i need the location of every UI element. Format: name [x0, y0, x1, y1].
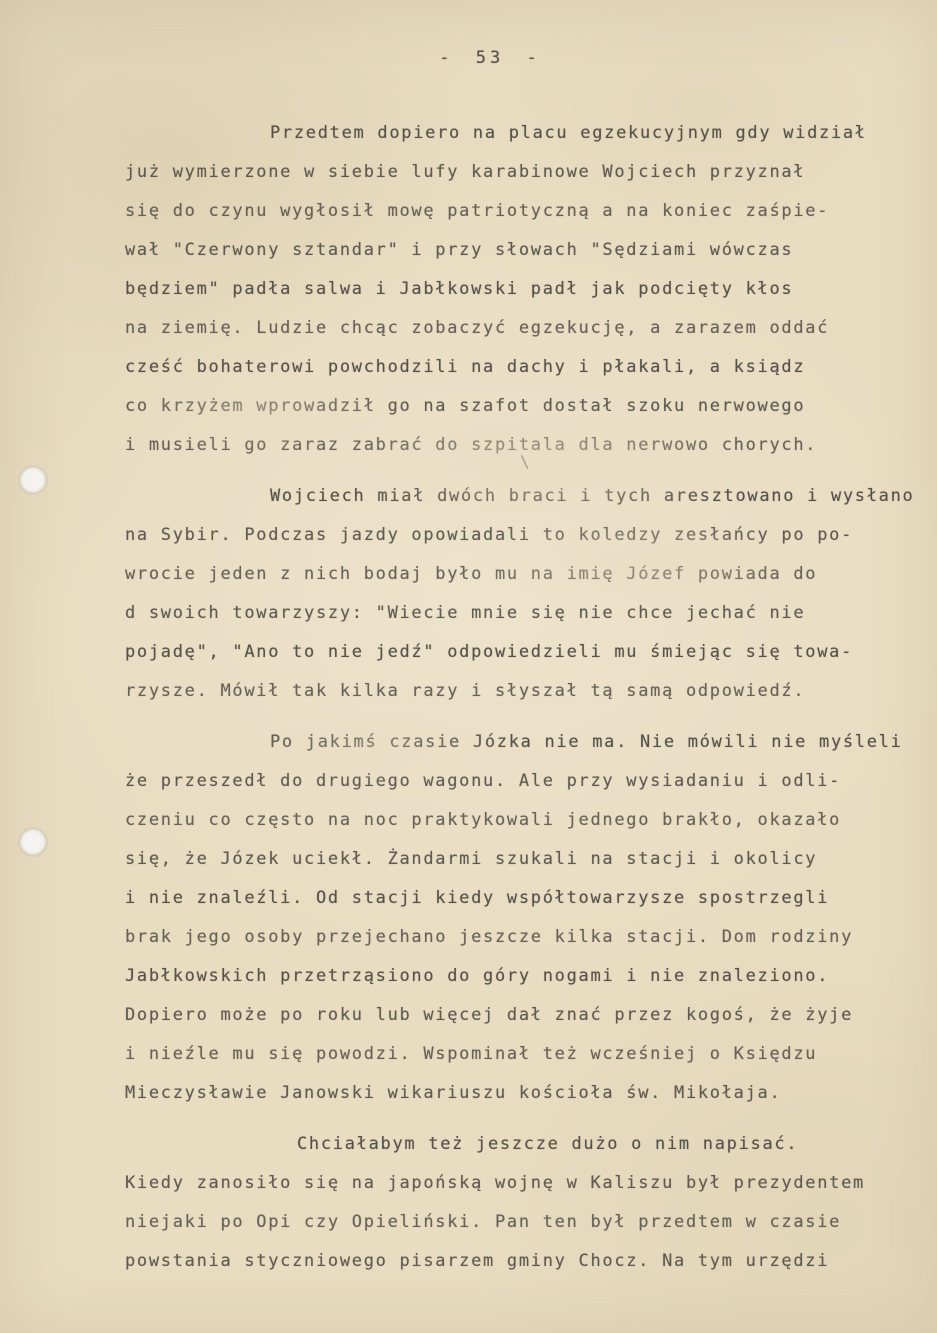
punch-hole-bottom — [20, 829, 46, 855]
text-line: wał "Czerwony sztandar" i przy słowach "… — [125, 231, 877, 270]
text-line: i nie znaleźli. Od stacji kiedy współtow… — [125, 879, 877, 918]
paragraph: Chciałabym też jeszcze dużo o nim napisa… — [125, 1125, 877, 1281]
text-line: będziem" padła salwa i Jabłkowski padł j… — [125, 270, 877, 309]
text-line: już wymierzone w siebie lufy karabinowe … — [125, 153, 877, 192]
text-line: rzysze. Mówił tak kilka razy i słyszał t… — [125, 672, 877, 711]
text-line: Kiedy zanosiło się na japońską wojnę w K… — [125, 1164, 877, 1203]
text-line: Chciałabym też jeszcze dużo o nim napisa… — [125, 1125, 877, 1164]
text-line: Jabłkowskich przetrząsiono do góry nogam… — [125, 957, 877, 996]
text-line: brak jego osoby przejechano jeszcze kilk… — [125, 918, 877, 957]
text-line: i musieli go zaraz zabrać do szpitala dl… — [125, 426, 877, 465]
document-page: - 53 - \ Przedtem dopiero na placu egzek… — [0, 0, 937, 1333]
document-body: Przedtem dopiero na placu egzekucyjnym g… — [125, 114, 877, 1281]
text-line: cześć bohaterowi powchodzili na dachy i … — [125, 348, 877, 387]
text-line: się do czynu wygłosił mowę patriotyczną … — [125, 192, 877, 231]
text-line: Wojciech miał dwóch braci i tych areszto… — [125, 477, 877, 516]
text-line: wrocie jeden z nich bodaj było mu na imi… — [125, 555, 877, 594]
text-line: Przedtem dopiero na placu egzekucyjnym g… — [125, 114, 877, 153]
text-line: się, że Józek uciekł. Żandarmi szukali n… — [125, 840, 877, 879]
text-line: pojadę", "Ano to nie jedź" odpowiedzieli… — [125, 633, 877, 672]
paragraph: Po jakimś czasie Józka nie ma. Nie mówil… — [125, 723, 877, 1113]
page-number: - 53 - — [125, 48, 855, 68]
text-line: Po jakimś czasie Józka nie ma. Nie mówil… — [125, 723, 877, 762]
text-line: na Sybir. Podczas jazdy opowiadali to ko… — [125, 516, 877, 555]
text-line: Mieczysławie Janowski wikariuszu kościoł… — [125, 1074, 877, 1113]
text-line: powstania styczniowego pisarzem gminy Ch… — [125, 1242, 877, 1281]
text-line: Dopiero może po roku lub więcej dał znać… — [125, 996, 877, 1035]
text-line: d swoich towarzyszy: "Wiecie mnie się ni… — [125, 594, 877, 633]
text-line: na ziemię. Ludzie chcąc zobaczyć egzekuc… — [125, 309, 877, 348]
text-line: czeniu co często na noc praktykowali jed… — [125, 801, 877, 840]
text-line: że przeszedł do drugiego wagonu. Ale prz… — [125, 762, 877, 801]
text-line: co krzyżem wprowadził go na szafot dosta… — [125, 387, 877, 426]
text-line: i nieźle mu się powodzi. Wspominał też w… — [125, 1035, 877, 1074]
paragraph: Wojciech miał dwóch braci i tych areszto… — [125, 477, 877, 711]
text-line: niejaki po Opi czy Opieliński. Pan ten b… — [125, 1203, 877, 1242]
punch-hole-top — [20, 467, 46, 493]
paragraph: Przedtem dopiero na placu egzekucyjnym g… — [125, 114, 877, 465]
